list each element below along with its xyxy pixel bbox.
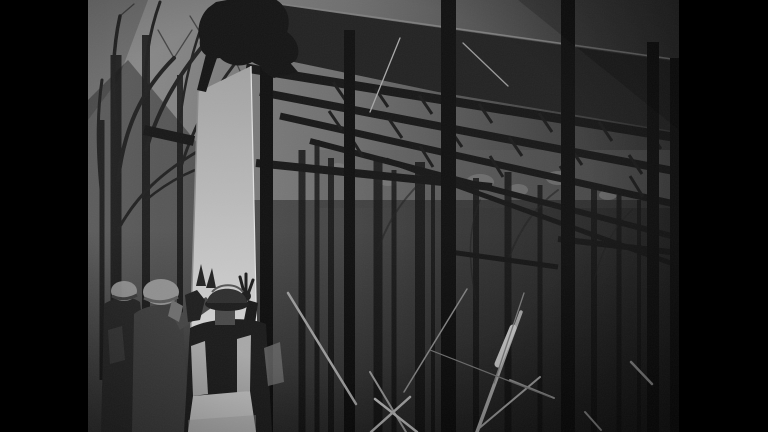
- film-grain: [88, 0, 679, 432]
- film-frame: [88, 0, 679, 432]
- letterbox-frame: [0, 0, 768, 432]
- scene-svg: [88, 0, 679, 432]
